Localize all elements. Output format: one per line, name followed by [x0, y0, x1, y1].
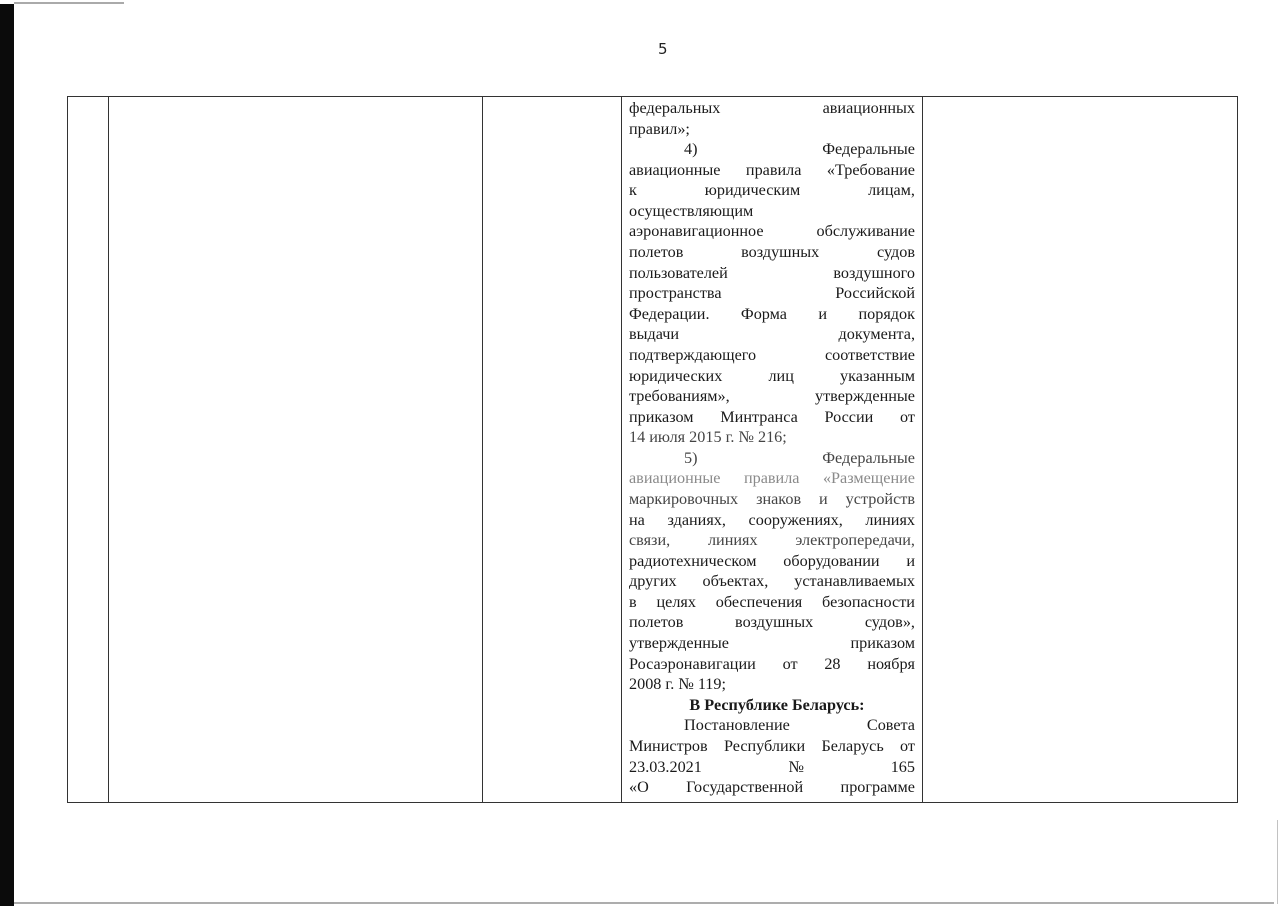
word: линиях: [708, 530, 758, 551]
scan-edge-top: [14, 2, 124, 4]
text-line: полетоввоздушныхсудов: [629, 242, 915, 263]
text-line: назданиях,сооружениях,линиях: [629, 510, 915, 531]
word: Государственной: [686, 777, 803, 798]
word: объектах,: [703, 571, 769, 592]
text-line: требованиям»,утвержденные: [629, 386, 915, 407]
word: юридическим: [705, 180, 800, 201]
word: 5): [684, 448, 697, 469]
word: воздушных: [741, 242, 819, 263]
page-number: 5: [658, 40, 668, 58]
word: сооружениях,: [749, 510, 843, 531]
word: устройств: [846, 489, 915, 510]
word: оборудовании: [783, 551, 879, 572]
word: документа,: [839, 324, 915, 345]
word: правил»;: [629, 119, 690, 140]
word: авиационные: [629, 160, 720, 181]
word: устанавливаемых: [794, 571, 915, 592]
word: обслуживание: [817, 221, 915, 242]
word: обеспечения: [716, 592, 802, 613]
text-line: пространстваРоссийской: [629, 283, 915, 304]
word: знаков: [756, 489, 801, 510]
word: 2008 г. № 119;: [629, 674, 726, 695]
word: связи,: [629, 530, 670, 551]
word: Республики: [724, 736, 805, 757]
word: воздушных: [735, 612, 813, 633]
word: радиотехническом: [629, 551, 757, 572]
text-line: 4)Федеральные: [629, 139, 915, 160]
text-line: утвержденныеприказом: [629, 633, 915, 654]
word: Федерации.: [629, 304, 710, 325]
word: федеральных: [629, 98, 720, 119]
word: №: [789, 757, 804, 778]
word: воздушного: [833, 263, 915, 284]
word: от: [900, 407, 915, 428]
text-line: правил»;: [629, 119, 915, 140]
word: в: [629, 592, 637, 613]
word: лицам,: [868, 180, 915, 201]
word: Форма: [741, 304, 787, 325]
text-line: Федерации.Формаипорядок: [629, 304, 915, 325]
word: приказом: [850, 633, 915, 654]
word: пользователей: [629, 263, 728, 284]
document-table: федеральныхавиационныхправил»;4)Федераль…: [67, 96, 1238, 803]
scan-edge-left: [0, 4, 14, 906]
word: Федеральные: [822, 139, 915, 160]
word: целях: [656, 592, 695, 613]
word: от: [783, 654, 798, 675]
word: Министров: [629, 736, 708, 757]
text-line: юридическихлицуказанным: [629, 366, 915, 387]
table-cell-5: [922, 97, 1237, 802]
word: утвержденные: [629, 633, 729, 654]
word: правила: [746, 160, 802, 181]
word: правила: [744, 468, 800, 489]
word: авиационных: [823, 98, 915, 119]
word: авиационные: [629, 468, 720, 489]
word: ноября: [867, 654, 915, 675]
table-cell-2: [108, 97, 482, 802]
word: аэронавигационное: [629, 221, 764, 242]
word: юридических: [629, 366, 722, 387]
word: программе: [841, 777, 915, 798]
word: Постановление: [684, 715, 790, 736]
word: лиц: [768, 366, 793, 387]
text-line: Росаэронавигацииот28ноября: [629, 654, 915, 675]
word: линиях: [865, 510, 915, 531]
word: Совета: [867, 715, 915, 736]
text-line: другихобъектах,устанавливаемых: [629, 571, 915, 592]
word: 28: [824, 654, 840, 675]
text-line: В Республике Беларусь:: [629, 695, 915, 716]
word: 4): [684, 139, 697, 160]
word: Росаэронавигации: [629, 654, 756, 675]
word: Российской: [835, 283, 915, 304]
word: России: [825, 407, 874, 428]
word: судов: [877, 242, 915, 263]
word: судов»,: [865, 612, 915, 633]
column-divider: [621, 97, 622, 802]
word: приказом: [629, 407, 694, 428]
text-line: 2008 г. № 119;: [629, 674, 915, 695]
text-line: выдачидокумента,: [629, 324, 915, 345]
word: утвержденные: [815, 386, 915, 407]
text-line: пользователейвоздушного: [629, 263, 915, 284]
word: подтверждающего: [629, 345, 756, 366]
word: Минтранса: [720, 407, 798, 428]
word: других: [629, 571, 677, 592]
word: указанным: [840, 366, 915, 387]
word: безопасности: [822, 592, 915, 613]
scan-edge-bottom: [14, 902, 1274, 904]
text-line: ПостановлениеСовета: [629, 715, 915, 736]
word: и: [818, 304, 827, 325]
text-line: вцеляхобеспечениябезопасности: [629, 592, 915, 613]
word: маркировочных: [629, 489, 738, 510]
word: к: [629, 180, 637, 201]
word: полетов: [629, 612, 683, 633]
word: осуществляющим: [629, 201, 753, 222]
text-line: осуществляющим: [629, 201, 915, 222]
word: порядок: [859, 304, 916, 325]
word: соответствие: [825, 345, 915, 366]
table-cell-3: [482, 97, 621, 802]
text-line: радиотехническомоборудованиии: [629, 551, 915, 572]
table-cell-4-legal-references: федеральныхавиационныхправил»;4)Федераль…: [629, 98, 915, 798]
word: «О: [629, 777, 649, 798]
word: Беларусь: [821, 736, 883, 757]
word: В Республике Беларусь:: [689, 695, 864, 716]
word: 14 июля 2015 г. № 216;: [629, 427, 787, 448]
scan-edge-right: [1277, 820, 1278, 904]
text-line: 5)Федеральные: [629, 448, 915, 469]
word: зданиях,: [667, 510, 725, 531]
text-line: аэронавигационноеобслуживание: [629, 221, 915, 242]
text-line: приказомМинтрансаРоссииот: [629, 407, 915, 428]
text-line: авиационныеправила«Размещение: [629, 468, 915, 489]
word: 23.03.2021: [629, 757, 702, 778]
text-line: связи,линияхэлектропередачи,: [629, 530, 915, 551]
word: на: [629, 510, 645, 531]
word: электропередачи,: [795, 530, 915, 551]
word: и: [819, 489, 828, 510]
text-line: федеральныхавиационных: [629, 98, 915, 119]
text-line: кюридическимлицам,: [629, 180, 915, 201]
text-line: подтверждающегосоответствие: [629, 345, 915, 366]
text-line: МинистровРеспубликиБеларусьот: [629, 736, 915, 757]
text-line: авиационныеправила«Требование: [629, 160, 915, 181]
word: пространства: [629, 283, 722, 304]
text-line: полетоввоздушныхсудов»,: [629, 612, 915, 633]
word: «Требование: [827, 160, 915, 181]
word: Федеральные: [822, 448, 915, 469]
text-line: 23.03.2021№165: [629, 757, 915, 778]
word: требованиям»,: [629, 386, 730, 407]
word: от: [900, 736, 915, 757]
word: «Размещение: [823, 468, 915, 489]
text-line: 14 июля 2015 г. № 216;: [629, 427, 915, 448]
word: полетов: [629, 242, 683, 263]
word: выдачи: [629, 324, 679, 345]
text-line: «ОГосударственнойпрограмме: [629, 777, 915, 798]
table-cell-1: [68, 97, 108, 802]
text-line: маркировочныхзнаковиустройств: [629, 489, 915, 510]
word: 165: [891, 757, 915, 778]
word: и: [906, 551, 915, 572]
